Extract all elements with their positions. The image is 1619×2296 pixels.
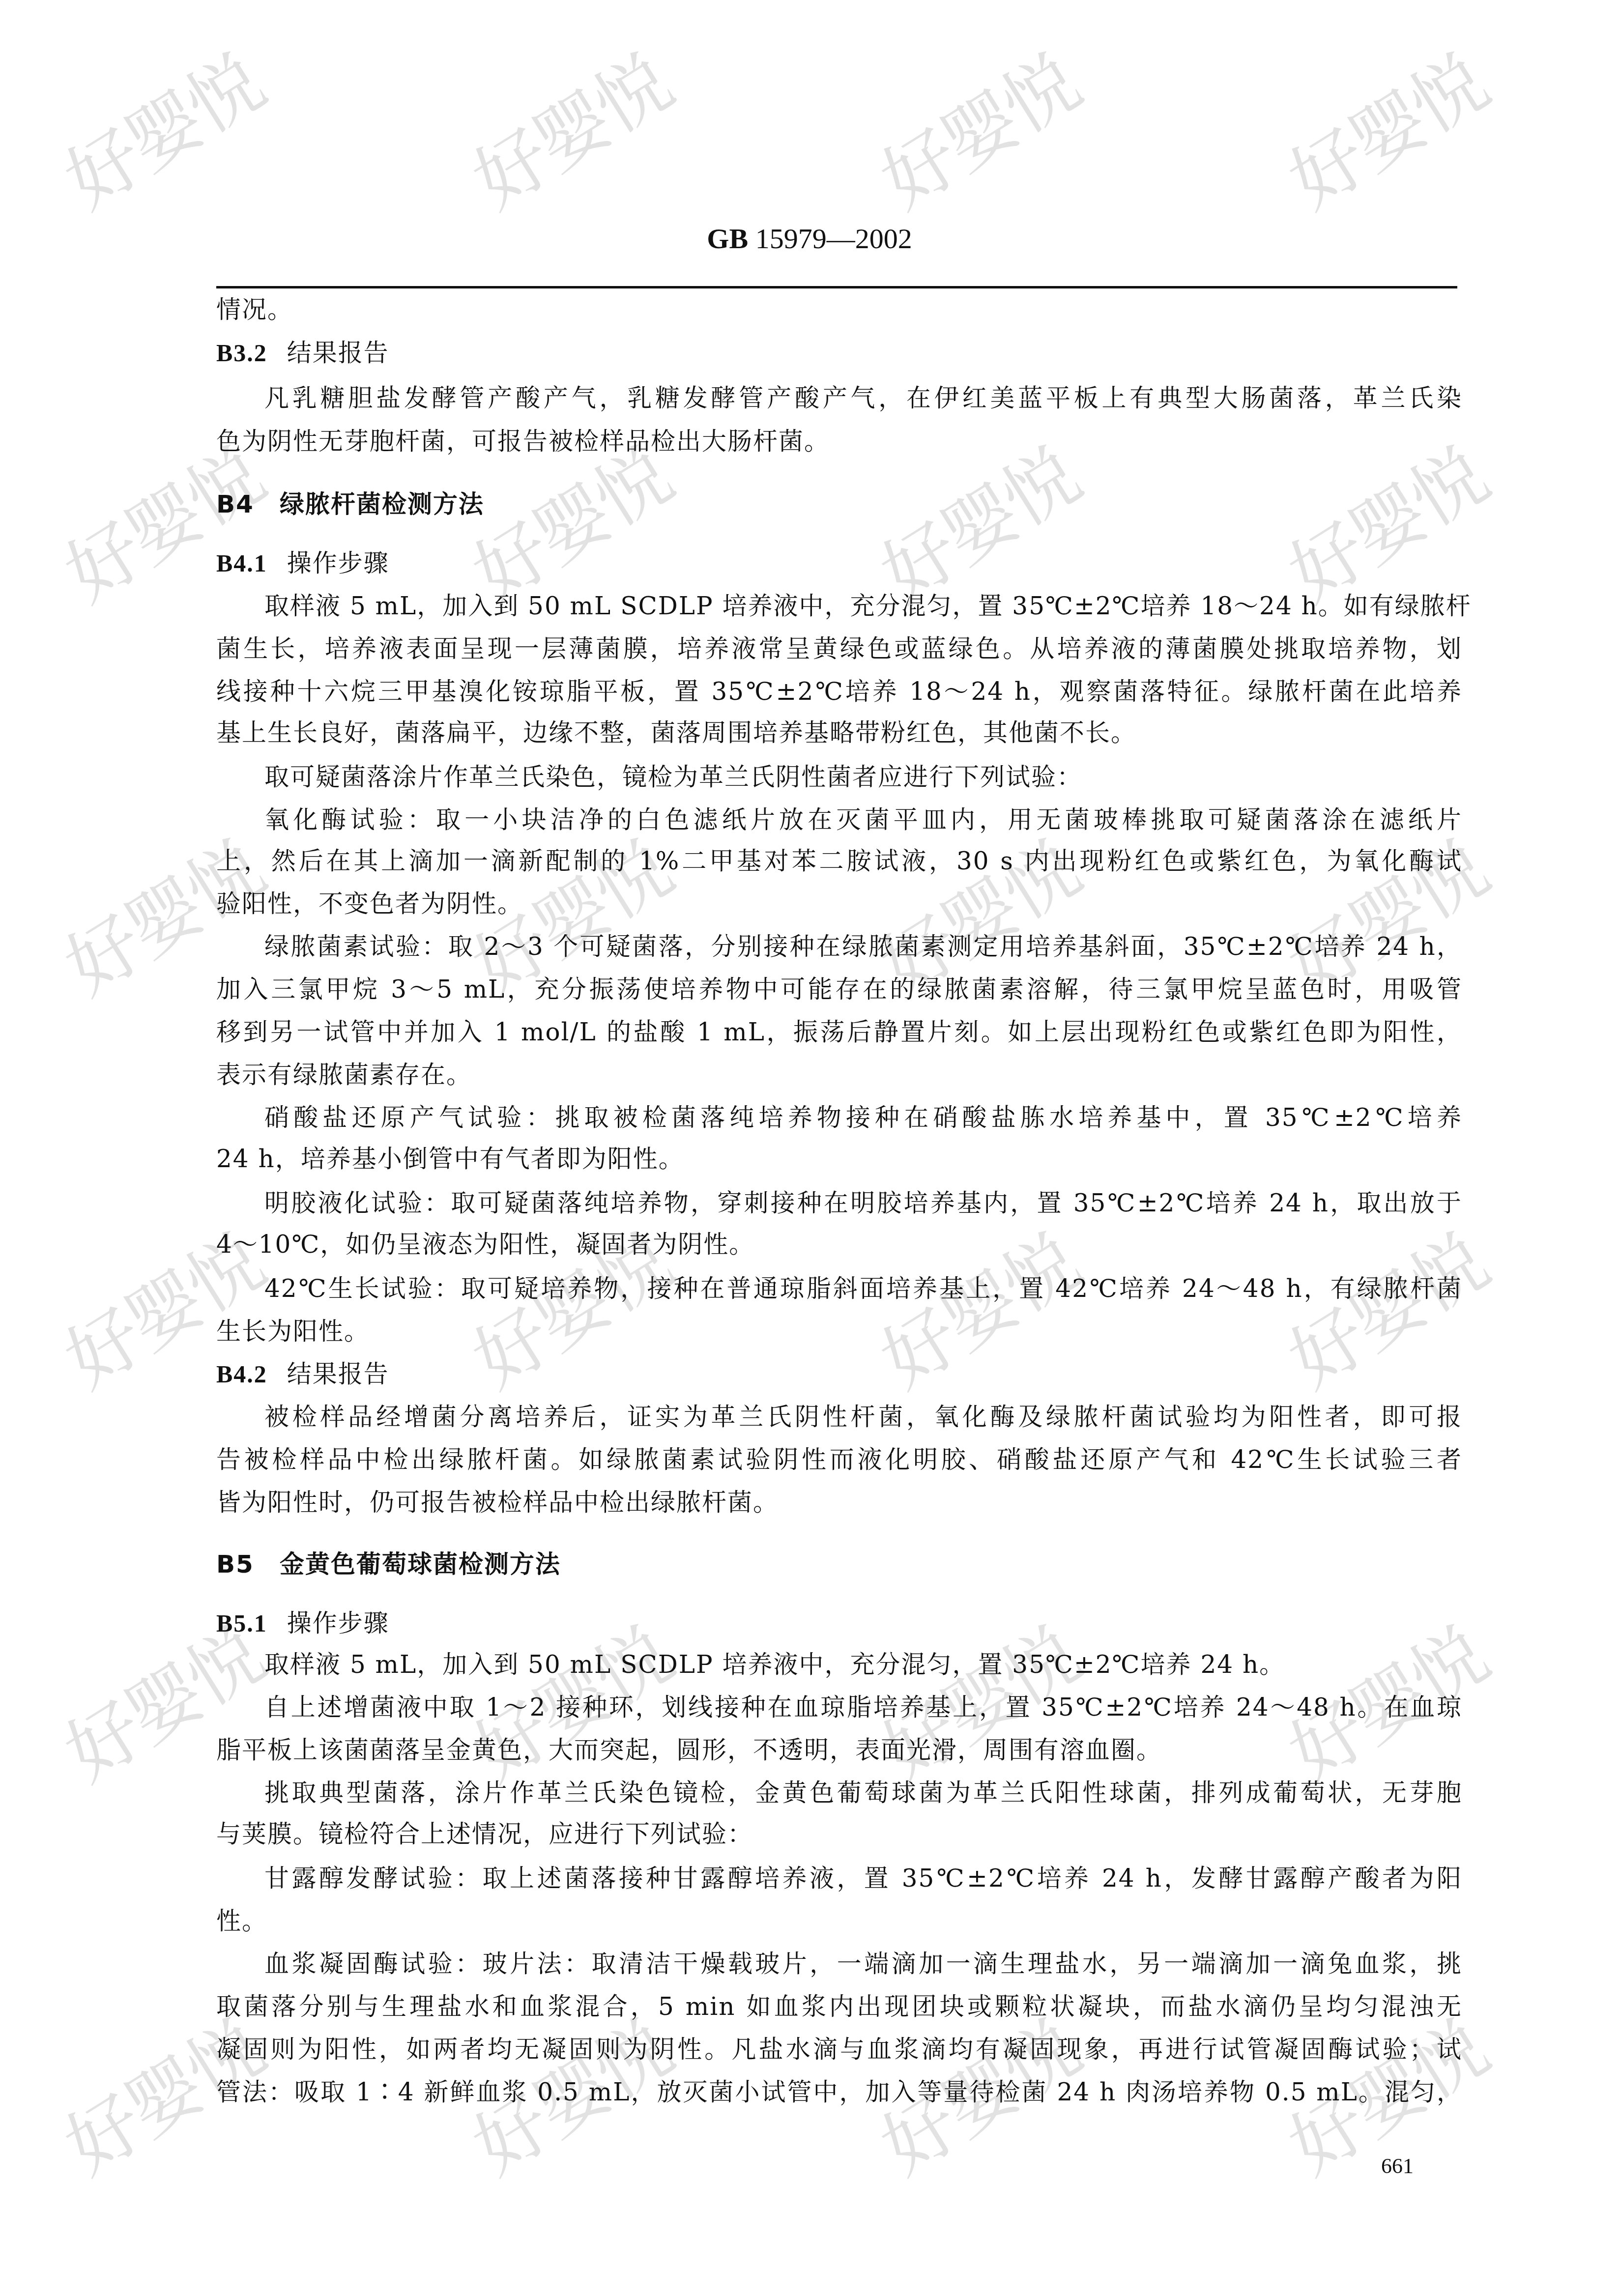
page-number: 661	[1381, 2153, 1414, 2179]
paragraph-line: 告被检样品中检出绿脓杆菌。如绿脓菌素试验阴性而液化明胶、硝酸盐还原产气和 42℃…	[216, 1445, 1462, 1474]
paragraph-line: 取样液 5 mL，加入到 50 mL SCDLP 培养液中，充分混匀，置 35℃…	[264, 591, 1462, 621]
page-header: GB 15979—2002	[0, 222, 1619, 255]
subsection-heading: B4.1操作步骤	[216, 548, 389, 578]
paragraph-line: 取可疑菌落涂片作革兰氏染色，镜检为革兰氏阴性菌者应进行下列试验：	[264, 762, 1082, 792]
subsection-number: B4.2	[216, 1360, 267, 1388]
paragraph-line: 24 h，培养基小倒管中有气者即为阳性。	[216, 1144, 684, 1174]
standard-code: 15979—2002	[755, 223, 912, 255]
paragraph-line: 菌生长，培养液表面呈现一层薄菌膜，培养液常呈黄绿色或蓝绿色。从培养液的薄菌膜处挑…	[216, 634, 1462, 663]
subsection-number: B5.1	[216, 1609, 267, 1637]
subsection-heading: B3.2结果报告	[216, 338, 389, 368]
paragraph-line: 基上生长良好，菌落扁平，边缘不整，菌落周围培养基略带粉红色，其他菌不长。	[216, 718, 1136, 747]
paragraph-line: 取菌落分别与生理盐水和血浆混合，5 min 如血浆内出现团块或颗粒状凝块，而盐水…	[216, 1992, 1462, 2021]
paragraph-line: 与荚膜。镜检符合上述情况，应进行下列试验：	[216, 1819, 753, 1849]
paragraph-line: 线接种十六烷三甲基溴化铵琼脂平板，置 35℃±2℃培养 18～24 h，观察菌落…	[216, 677, 1462, 706]
document-page: GB 15979—2002 情况。B3.2结果报告凡乳糖胆盐发酵管产酸产气，乳糖…	[0, 0, 1619, 2296]
paragraph-line: 情况。	[216, 295, 293, 324]
paragraph-line: 管法：吸取 1∶4 新鲜血浆 0.5 mL，放灭菌小试管中，加入等量待检菌 24…	[216, 2077, 1462, 2107]
standard-prefix: GB	[707, 223, 748, 255]
paragraph-line: 生长为阳性。	[216, 1317, 370, 1346]
paragraph-line: 移到另一试管中并加入 1 mol/L 的盐酸 1 mL，振荡后静置片刻。如上层出…	[216, 1017, 1462, 1047]
paragraph-line: 加入三氯甲烷 3～5 mL，充分振荡使培养物中可能存在的绿脓菌素溶解，待三氯甲烷…	[216, 975, 1462, 1004]
header-rule	[216, 286, 1457, 288]
subsection-title: 操作步骤	[287, 1609, 389, 1637]
subsection-number: B3.2	[216, 339, 267, 367]
subsection-heading: B4.2结果报告	[216, 1359, 389, 1389]
paragraph-line: 脂平板上该菌菌落呈金黄色，大而突起，圆形，不透明，表面光滑，周围有溶血圈。	[216, 1735, 1162, 1765]
paragraph-line: 绿脓菌素试验：取 2～3 个可疑菌落，分别接种在绿脓菌素测定用培养基斜面，35℃…	[264, 932, 1462, 961]
subsection-number: B4.1	[216, 549, 267, 577]
paragraph-line: 明胶液化试验：取可疑菌落纯培养物，穿刺接种在明胶培养基内，置 35℃±2℃培养 …	[264, 1188, 1462, 1218]
subsection-title: 操作步骤	[287, 549, 389, 577]
paragraph-line: 挑取典型菌落，涂片作革兰氏染色镜检，金黄色葡萄球菌为革兰氏阳性球菌，排列成葡萄状…	[264, 1778, 1462, 1808]
paragraph-line: 氧化酶试验：取一小块洁净的白色滤纸片放在灭菌平皿内，用无菌玻棒挑取可疑菌落涂在滤…	[264, 805, 1462, 834]
section-heading: B4 绿脓杆菌检测方法	[216, 489, 484, 519]
section-heading: B5 金黄色葡萄球菌检测方法	[216, 1550, 561, 1579]
paragraph-line: 自上述增菌液中取 1～2 接种环，划线接种在血琼脂培养基上，置 35℃±2℃培养…	[264, 1693, 1462, 1722]
paragraph-line: 性。	[216, 1906, 267, 1936]
paragraph-line: 被检样品经增菌分离培养后，证实为革兰氏阴性杆菌，氧化酶及绿脓杆菌试验均为阳性者，…	[264, 1402, 1462, 1432]
paragraph-line: 上，然后在其上滴加一滴新配制的 1%二甲基对苯二胺试液，30 s 内出现粉红色或…	[216, 846, 1462, 876]
paragraph-line: 验阳性，不变色者为阴性。	[216, 889, 523, 918]
paragraph-line: 血浆凝固酶试验：玻片法：取清洁干燥载玻片，一端滴加一滴生理盐水，另一端滴加一滴兔…	[264, 1949, 1462, 1979]
paragraph-line: 4～10℃，如仍呈液态为阳性，凝固者为阴性。	[216, 1230, 754, 1259]
paragraph-line: 取样液 5 mL，加入到 50 mL SCDLP 培养液中，充分混匀，置 35℃…	[264, 1650, 1285, 1679]
subsection-heading: B5.1操作步骤	[216, 1608, 389, 1638]
paragraph-line: 表示有绿脓菌素存在。	[216, 1060, 472, 1090]
paragraph-line: 甘露醇发酵试验：取上述菌落接种甘露醇培养液，置 35℃±2℃培养 24 h，发酵…	[264, 1864, 1462, 1893]
paragraph-line: 色为阴性无芽胞杆菌，可报告被检样品检出大肠杆菌。	[216, 427, 830, 456]
paragraph-line: 凝固则为阳性，如两者均无凝固则为阴性。凡盐水滴与血浆滴均有凝固现象，再进行试管凝…	[216, 2035, 1462, 2064]
subsection-title: 结果报告	[287, 1360, 389, 1388]
paragraph-line: 凡乳糖胆盐发酵管产酸产气，乳糖发酵管产酸产气，在伊红美蓝平板上有典型大肠菌落，革…	[264, 383, 1462, 413]
subsection-title: 结果报告	[287, 339, 389, 367]
paragraph-line: 42℃生长试验：取可疑培养物，接种在普通琼脂斜面培养基上，置 42℃培养 24～…	[264, 1274, 1462, 1303]
paragraph-line: 皆为阳性时，仍可报告被检样品中检出绿脓杆菌。	[216, 1488, 779, 1517]
paragraph-line: 硝酸盐还原产气试验：挑取被检菌落纯培养物接种在硝酸盐胨水培养基中，置 35℃±2…	[264, 1103, 1462, 1132]
